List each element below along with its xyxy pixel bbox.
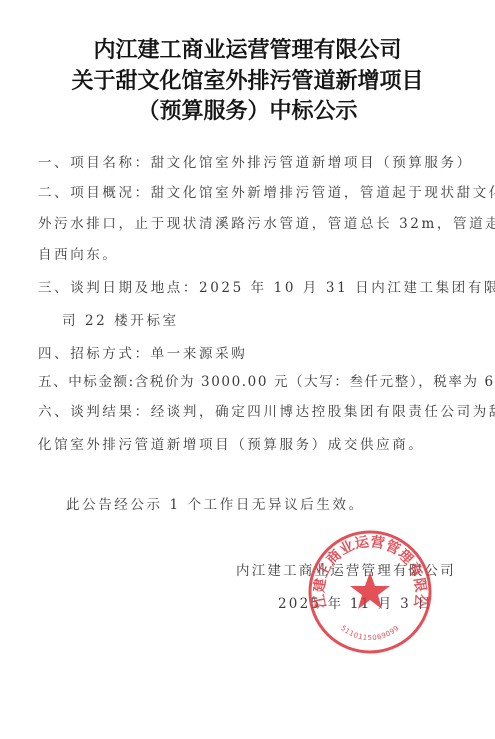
- item-negotiation-place: 司 22 楼开标室: [62, 312, 492, 330]
- item-project-overview-end: 自西向东。: [38, 246, 468, 264]
- item-bid-method: 四、招标方式：单一来源采购: [38, 345, 468, 363]
- title-project: 关于甜文化馆室外排污管道新增项目: [0, 69, 495, 95]
- item-negotiation-date: 三、谈判日期及地点：2025 年 10 月 31 日内江建工集团有限责任公: [38, 279, 468, 297]
- title-company: 内江建工商业运营管理有限公司: [0, 38, 495, 64]
- document-page: 内江建工商业运营管理有限公司 关于甜文化馆室外排污管道新增项目 （预算服务）中标…: [0, 0, 495, 739]
- item-project-overview: 二、项目概况：甜文化馆室外新增排污管道，管道起于现状甜文化馆: [38, 184, 468, 202]
- item-bid-amount: 五、中标金额:含税价为 3000.00 元（大写：叁仟元整），税率为 6%: [38, 373, 468, 391]
- item-negotiation-result: 六、谈判结果：经谈判，确定四川博达控股集团有限责任公司为甜文: [38, 403, 468, 421]
- svg-text:5110115069099: 5110115069099: [339, 624, 401, 642]
- item-project-overview-cont: 外污水排口，止于现状清溪路污水管道，管道总长 32m，管道走向为: [38, 215, 468, 233]
- title-notice: （预算服务）中标公示: [0, 99, 495, 125]
- item-negotiation-result-cont: 化馆室外排污管道新增项目（预算服务）成交供应商。: [38, 436, 468, 454]
- official-seal-stamp: 内江建工商业运营管理有限公司 5110115069099: [306, 528, 434, 656]
- closing-statement: 此公告经公示 1 个工作日无异议后生效。: [66, 496, 495, 514]
- star-icon: [350, 572, 390, 609]
- item-project-name: 一、项目名称：甜文化馆室外排污管道新增项目（预算服务）: [38, 154, 468, 172]
